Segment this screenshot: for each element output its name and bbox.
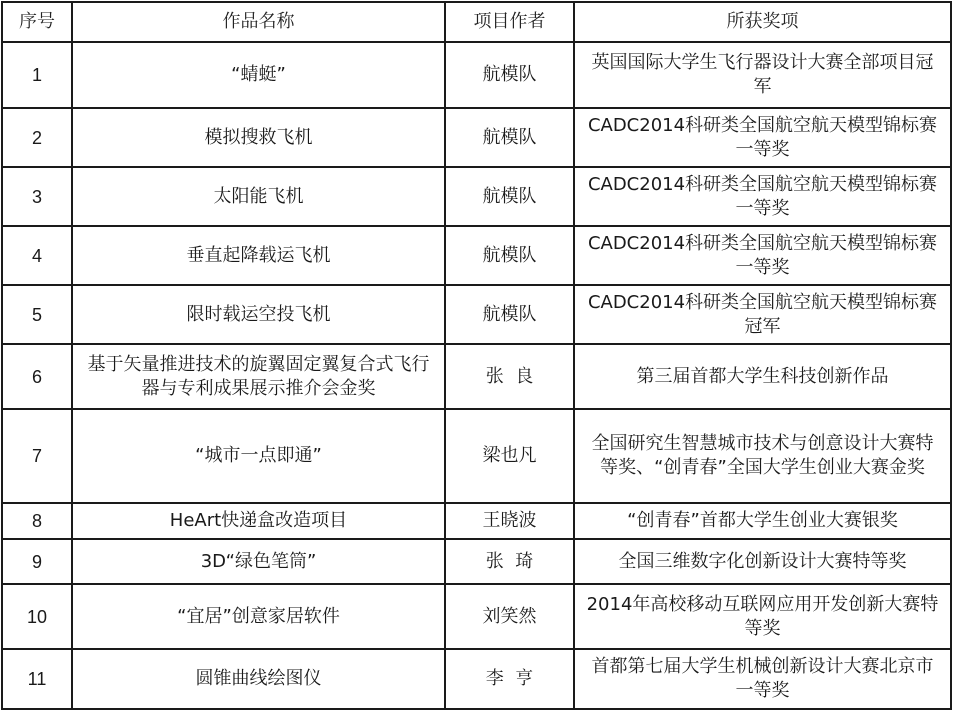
table-row: 3 太阳能飞机 航模队 CADC2014科研类全国航空航天模型锦标赛一等奖 — [2, 167, 951, 226]
row-index: 2 — [2, 108, 72, 167]
row-author: 航模队 — [445, 42, 574, 108]
row-title: 3D“绿色笔筒” — [72, 539, 445, 584]
table-row: 2 模拟搜救飞机 航模队 CADC2014科研类全国航空航天模型锦标赛一等奖 — [2, 108, 951, 167]
row-award: 全国三维数字化创新设计大赛特等奖 — [574, 539, 951, 584]
row-award: 2014年高校移动互联网应用开发创新大赛特等奖 — [574, 584, 951, 649]
header-work-title: 作品名称 — [72, 2, 445, 42]
table-row: 8 HeArt快递盒改造项目 王晓波 “创青春”首都大学生创业大赛银奖 — [2, 503, 951, 539]
table-header-row: 序号 作品名称 项目作者 所获奖项 — [2, 2, 951, 42]
header-index: 序号 — [2, 2, 72, 42]
row-index: 5 — [2, 285, 72, 344]
row-index: 10 — [2, 584, 72, 649]
table-row: 7 “城市一点即通” 梁也凡 全国研究生智慧城市技术与创意设计大赛特等奖、“创青… — [2, 409, 951, 503]
row-title: 基于矢量推进技术的旋翼固定翼复合式飞行器与专利成果展示推介会金奖 — [72, 344, 445, 409]
table-row: 4 垂直起降载运飞机 航模队 CADC2014科研类全国航空航天模型锦标赛一等奖 — [2, 226, 951, 285]
table-row: 6 基于矢量推进技术的旋翼固定翼复合式飞行器与专利成果展示推介会金奖 张 良 第… — [2, 344, 951, 409]
table-row: 10 “宜居”创意家居软件 刘笑然 2014年高校移动互联网应用开发创新大赛特等… — [2, 584, 951, 649]
row-title: “蜻蜓” — [72, 42, 445, 108]
row-index: 4 — [2, 226, 72, 285]
row-title: “宜居”创意家居软件 — [72, 584, 445, 649]
awards-table: 序号 作品名称 项目作者 所获奖项 1 “蜻蜓” 航模队 英国国际大学生飞行器设… — [1, 1, 952, 710]
table-row: 11 圆锥曲线绘图仪 李 亨 首都第七届大学生机械创新设计大赛北京市一等奖 — [2, 649, 951, 709]
row-title: 垂直起降载运飞机 — [72, 226, 445, 285]
row-award: 全国研究生智慧城市技术与创意设计大赛特等奖、“创青春”全国大学生创业大赛金奖 — [574, 409, 951, 503]
row-award: CADC2014科研类全国航空航天模型锦标赛一等奖 — [574, 226, 951, 285]
row-index: 7 — [2, 409, 72, 503]
row-title: 圆锥曲线绘图仪 — [72, 649, 445, 709]
row-author: 王晓波 — [445, 503, 574, 539]
row-award: CADC2014科研类全国航空航天模型锦标赛一等奖 — [574, 108, 951, 167]
row-index: 6 — [2, 344, 72, 409]
row-author: 张 良 — [445, 344, 574, 409]
table-row: 1 “蜻蜓” 航模队 英国国际大学生飞行器设计大赛全部项目冠军 — [2, 42, 951, 108]
row-title: 太阳能飞机 — [72, 167, 445, 226]
row-author: 李 亨 — [445, 649, 574, 709]
row-index: 11 — [2, 649, 72, 709]
row-title: 限时载运空投飞机 — [72, 285, 445, 344]
row-award: “创青春”首都大学生创业大赛银奖 — [574, 503, 951, 539]
row-author: 梁也凡 — [445, 409, 574, 503]
row-index: 3 — [2, 167, 72, 226]
row-index: 1 — [2, 42, 72, 108]
row-award: 首都第七届大学生机械创新设计大赛北京市一等奖 — [574, 649, 951, 709]
row-award: CADC2014科研类全国航空航天模型锦标赛一等奖 — [574, 167, 951, 226]
row-author: 航模队 — [445, 167, 574, 226]
header-author: 项目作者 — [445, 2, 574, 42]
row-author: 航模队 — [445, 285, 574, 344]
row-index: 9 — [2, 539, 72, 584]
row-index: 8 — [2, 503, 72, 539]
row-title: 模拟搜救飞机 — [72, 108, 445, 167]
row-award: 第三届首都大学生科技创新作品 — [574, 344, 951, 409]
row-author: 张 琦 — [445, 539, 574, 584]
table-row: 5 限时载运空投飞机 航模队 CADC2014科研类全国航空航天模型锦标赛冠军 — [2, 285, 951, 344]
row-title: HeArt快递盒改造项目 — [72, 503, 445, 539]
row-award: CADC2014科研类全国航空航天模型锦标赛冠军 — [574, 285, 951, 344]
row-award: 英国国际大学生飞行器设计大赛全部项目冠军 — [574, 42, 951, 108]
row-title: “城市一点即通” — [72, 409, 445, 503]
row-author: 刘笑然 — [445, 584, 574, 649]
row-author: 航模队 — [445, 226, 574, 285]
table-row: 9 3D“绿色笔筒” 张 琦 全国三维数字化创新设计大赛特等奖 — [2, 539, 951, 584]
header-award: 所获奖项 — [574, 2, 951, 42]
row-author: 航模队 — [445, 108, 574, 167]
